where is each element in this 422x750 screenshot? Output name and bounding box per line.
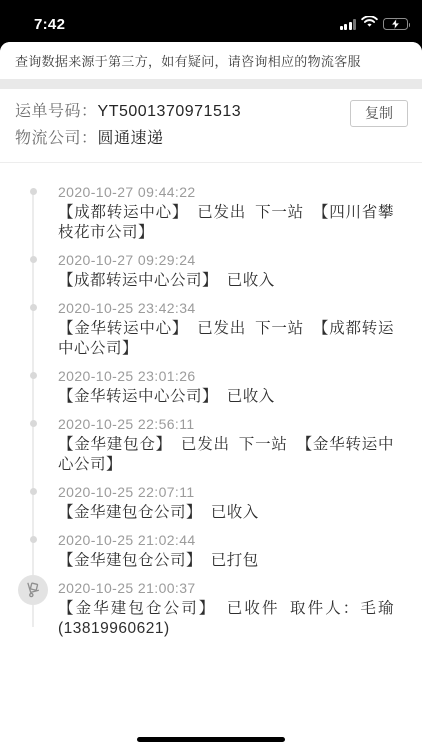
timeline-dot-icon (30, 488, 37, 495)
timeline-detail: 【成都转运中心】 已发出 下一站 【四川省攀枝花市公司】 (58, 203, 394, 243)
timeline-timestamp: 2020-10-25 23:01:26 (58, 367, 394, 385)
carrier-name: 圆通速递 (98, 130, 164, 147)
timeline-timestamp: 2020-10-25 22:07:11 (58, 483, 394, 501)
timeline-timestamp: 2020-10-25 21:02:44 (58, 531, 394, 549)
waybill-label: 运单号码： (15, 103, 98, 120)
tracking-timeline[interactable]: 2020-10-27 09:44:22 【成都转运中心】 已发出 下一站 【四川… (0, 163, 422, 639)
home-indicator[interactable] (137, 737, 285, 742)
timeline-dot-icon (30, 372, 37, 379)
timeline-dot-icon (30, 536, 37, 543)
timeline-detail: 【成都转运中心公司】 已收入 (58, 271, 394, 291)
timeline-entry: 2020-10-27 09:29:24 【成都转运中心公司】 已收入 (58, 251, 394, 291)
timeline-entry: 2020-10-25 23:01:26 【金华转运中心公司】 已收入 (58, 367, 394, 407)
tracking-sheet: 查询数据来源于第三方，如有疑问，请咨询相应的物流客服 运单号码：YT500137… (0, 42, 422, 750)
carrier-label: 物流公司： (15, 130, 98, 147)
wifi-icon (361, 15, 378, 33)
timeline-detail: 【金华建包仓公司】 已收件 取件人：毛瑜(13819960621) (58, 599, 394, 639)
timeline-detail: 【金华建包仓公司】 已打包 (58, 551, 394, 571)
timeline-entry: 2020-10-25 23:42:34 【金华转运中心】 已发出 下一站 【成都… (58, 299, 394, 359)
timeline-timestamp: 2020-10-25 23:42:34 (58, 299, 394, 317)
status-bar: 7:42 (0, 0, 422, 42)
battery-charging-icon (383, 18, 408, 30)
timeline-timestamp: 2020-10-27 09:29:24 (58, 251, 394, 269)
timeline-dot-icon (30, 188, 37, 195)
timeline-detail: 【金华转运中心公司】 已收入 (58, 387, 394, 407)
timeline-detail: 【金华建包仓公司】 已收入 (58, 503, 394, 523)
trolley-icon (18, 575, 48, 605)
shipment-info: 运单号码：YT5001370971513 物流公司：圆通速递 复制 (0, 89, 422, 162)
timeline-detail: 【金华转运中心】 已发出 下一站 【成都转运中心公司】 (58, 319, 394, 359)
notice-text: 查询数据来源于第三方，如有疑问，请咨询相应的物流客服 (15, 51, 361, 70)
waybill-number: YT5001370971513 (98, 103, 242, 120)
section-divider (0, 79, 422, 89)
status-icons (340, 15, 409, 33)
timeline-timestamp: 2020-10-25 21:00:37 (58, 579, 394, 597)
timeline-entry: 2020-10-25 22:07:11 【金华建包仓公司】 已收入 (58, 483, 394, 523)
cellular-signal-icon (340, 19, 357, 30)
timeline-detail: 【金华建包仓】 已发出 下一站 【金华转运中心公司】 (58, 435, 394, 475)
copy-button[interactable]: 复制 (350, 100, 408, 127)
timeline-timestamp: 2020-10-27 09:44:22 (58, 183, 394, 201)
timeline-entry: 2020-10-25 22:56:11 【金华建包仓】 已发出 下一站 【金华转… (58, 415, 394, 475)
timeline-dot-icon (30, 256, 37, 263)
timeline-timestamp: 2020-10-25 22:56:11 (58, 415, 394, 433)
timeline-entry: 2020-10-27 09:44:22 【成都转运中心】 已发出 下一站 【四川… (58, 183, 394, 243)
waybill-row: 运单号码：YT5001370971513 (15, 98, 407, 125)
timeline-dot-icon (30, 420, 37, 427)
carrier-row: 物流公司：圆通速递 (15, 125, 407, 152)
timeline-entry: 2020-10-25 21:02:44 【金华建包仓公司】 已打包 (58, 531, 394, 571)
timeline-entry: 2020-10-25 21:00:37 【金华建包仓公司】 已收件 取件人：毛瑜… (58, 579, 394, 639)
timeline-dot-icon (30, 304, 37, 311)
status-time: 7:42 (34, 16, 65, 33)
third-party-notice: 查询数据来源于第三方，如有疑问，请咨询相应的物流客服 (0, 42, 422, 79)
